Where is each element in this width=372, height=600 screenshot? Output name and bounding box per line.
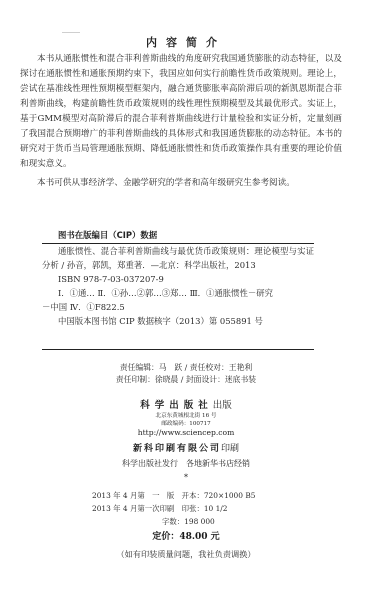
divider (42, 349, 314, 350)
publisher-street: 北京东黄城根北街 16 号 (0, 412, 372, 420)
cip-bibliographic-record: 通胀惯性、混合菲利普斯曲线与最优货币政策规则：理论模型与实证分析 / 孙音，郭凯… (42, 244, 314, 272)
word-count: 字数：198 000 (92, 515, 312, 528)
credits: 责任编辑：马 跃 / 责任校对：王艳利 责任印制：徐晓晨 / 封面设计：迷底书装 (0, 362, 372, 386)
publisher-name-logo: 科学出版社 (140, 400, 213, 411)
publisher-address: 北京东黄城根北街 16 号 邮政编码：100717 (0, 412, 372, 428)
printer-name: 新科印刷有限公司 (133, 444, 221, 454)
distribution: 科学出版社发行 各地新华书店经销 (0, 458, 372, 469)
cip-subjects: Ⅰ．①通… Ⅱ．①孙…②郭…③郑… Ⅲ．①通胀惯性－研究 (42, 286, 314, 300)
publisher-name: 科学出版社出版 (0, 397, 372, 411)
price: 定价：48.00 元 (0, 529, 372, 542)
separator-star: * (0, 473, 372, 482)
printer: 新科印刷有限公司印刷 (0, 441, 372, 454)
edition-line: 2013 年 4 月第 一 版 开本：720×1000 B5 (92, 489, 312, 502)
edition-specs: 2013 年 4 月第 一 版 开本：720×1000 B5 2013 年 4 … (92, 489, 312, 528)
production-credit: 责任印制：徐晓晨 / 封面设计：迷底书装 (0, 374, 372, 386)
cip-verification: 中国版本图书馆 CIP 数据核字（2013）第 055891 号 (42, 314, 314, 328)
summary-title: 内容简介 (0, 34, 372, 50)
publisher-postcode: 邮政编码：100717 (0, 420, 372, 428)
cip-isbn: ISBN 978-7-03-037207-9 (42, 272, 314, 286)
scan-speck (62, 32, 80, 33)
summary-paragraph: 本书从通胀惯性和混合菲利普斯曲线的角度研究我国通货膨胀的动态特征，以及探讨在通胀… (20, 52, 342, 172)
cip-subjects-cont: －中国 Ⅳ．①F822.5 (42, 300, 314, 314)
publisher-url: http://www.sciencep.com (0, 428, 372, 437)
summary-body: 本书从通胀惯性和混合菲利普斯曲线的角度研究我国通货膨胀的动态特征，以及探讨在通胀… (20, 52, 342, 191)
editors-credit: 责任编辑：马 跃 / 责任校对：王艳利 (0, 362, 372, 374)
copyright-page: 内容简介 本书从通胀惯性和混合菲利普斯曲线的角度研究我国通货膨胀的动态特征，以及… (0, 0, 372, 600)
cip-heading: 图书在版编目（CIP）数据 (58, 229, 157, 241)
summary-paragraph: 本书可供从事经济学、金融学研究的学者和高年级研究生参考阅读。 (20, 176, 342, 191)
cip-record: 通胀惯性、混合菲利普斯曲线与最优货币政策规则：理论模型与实证分析 / 孙音，郭凯… (42, 244, 314, 328)
quality-note: （如有印装质量问题，我社负责调换） (0, 549, 372, 560)
printer-suffix: 印刷 (221, 444, 239, 454)
publisher-name-suffix: 出版 (213, 400, 232, 411)
printing-line: 2013 年 4 月第一次印刷 印张：10 1/2 (92, 502, 312, 515)
